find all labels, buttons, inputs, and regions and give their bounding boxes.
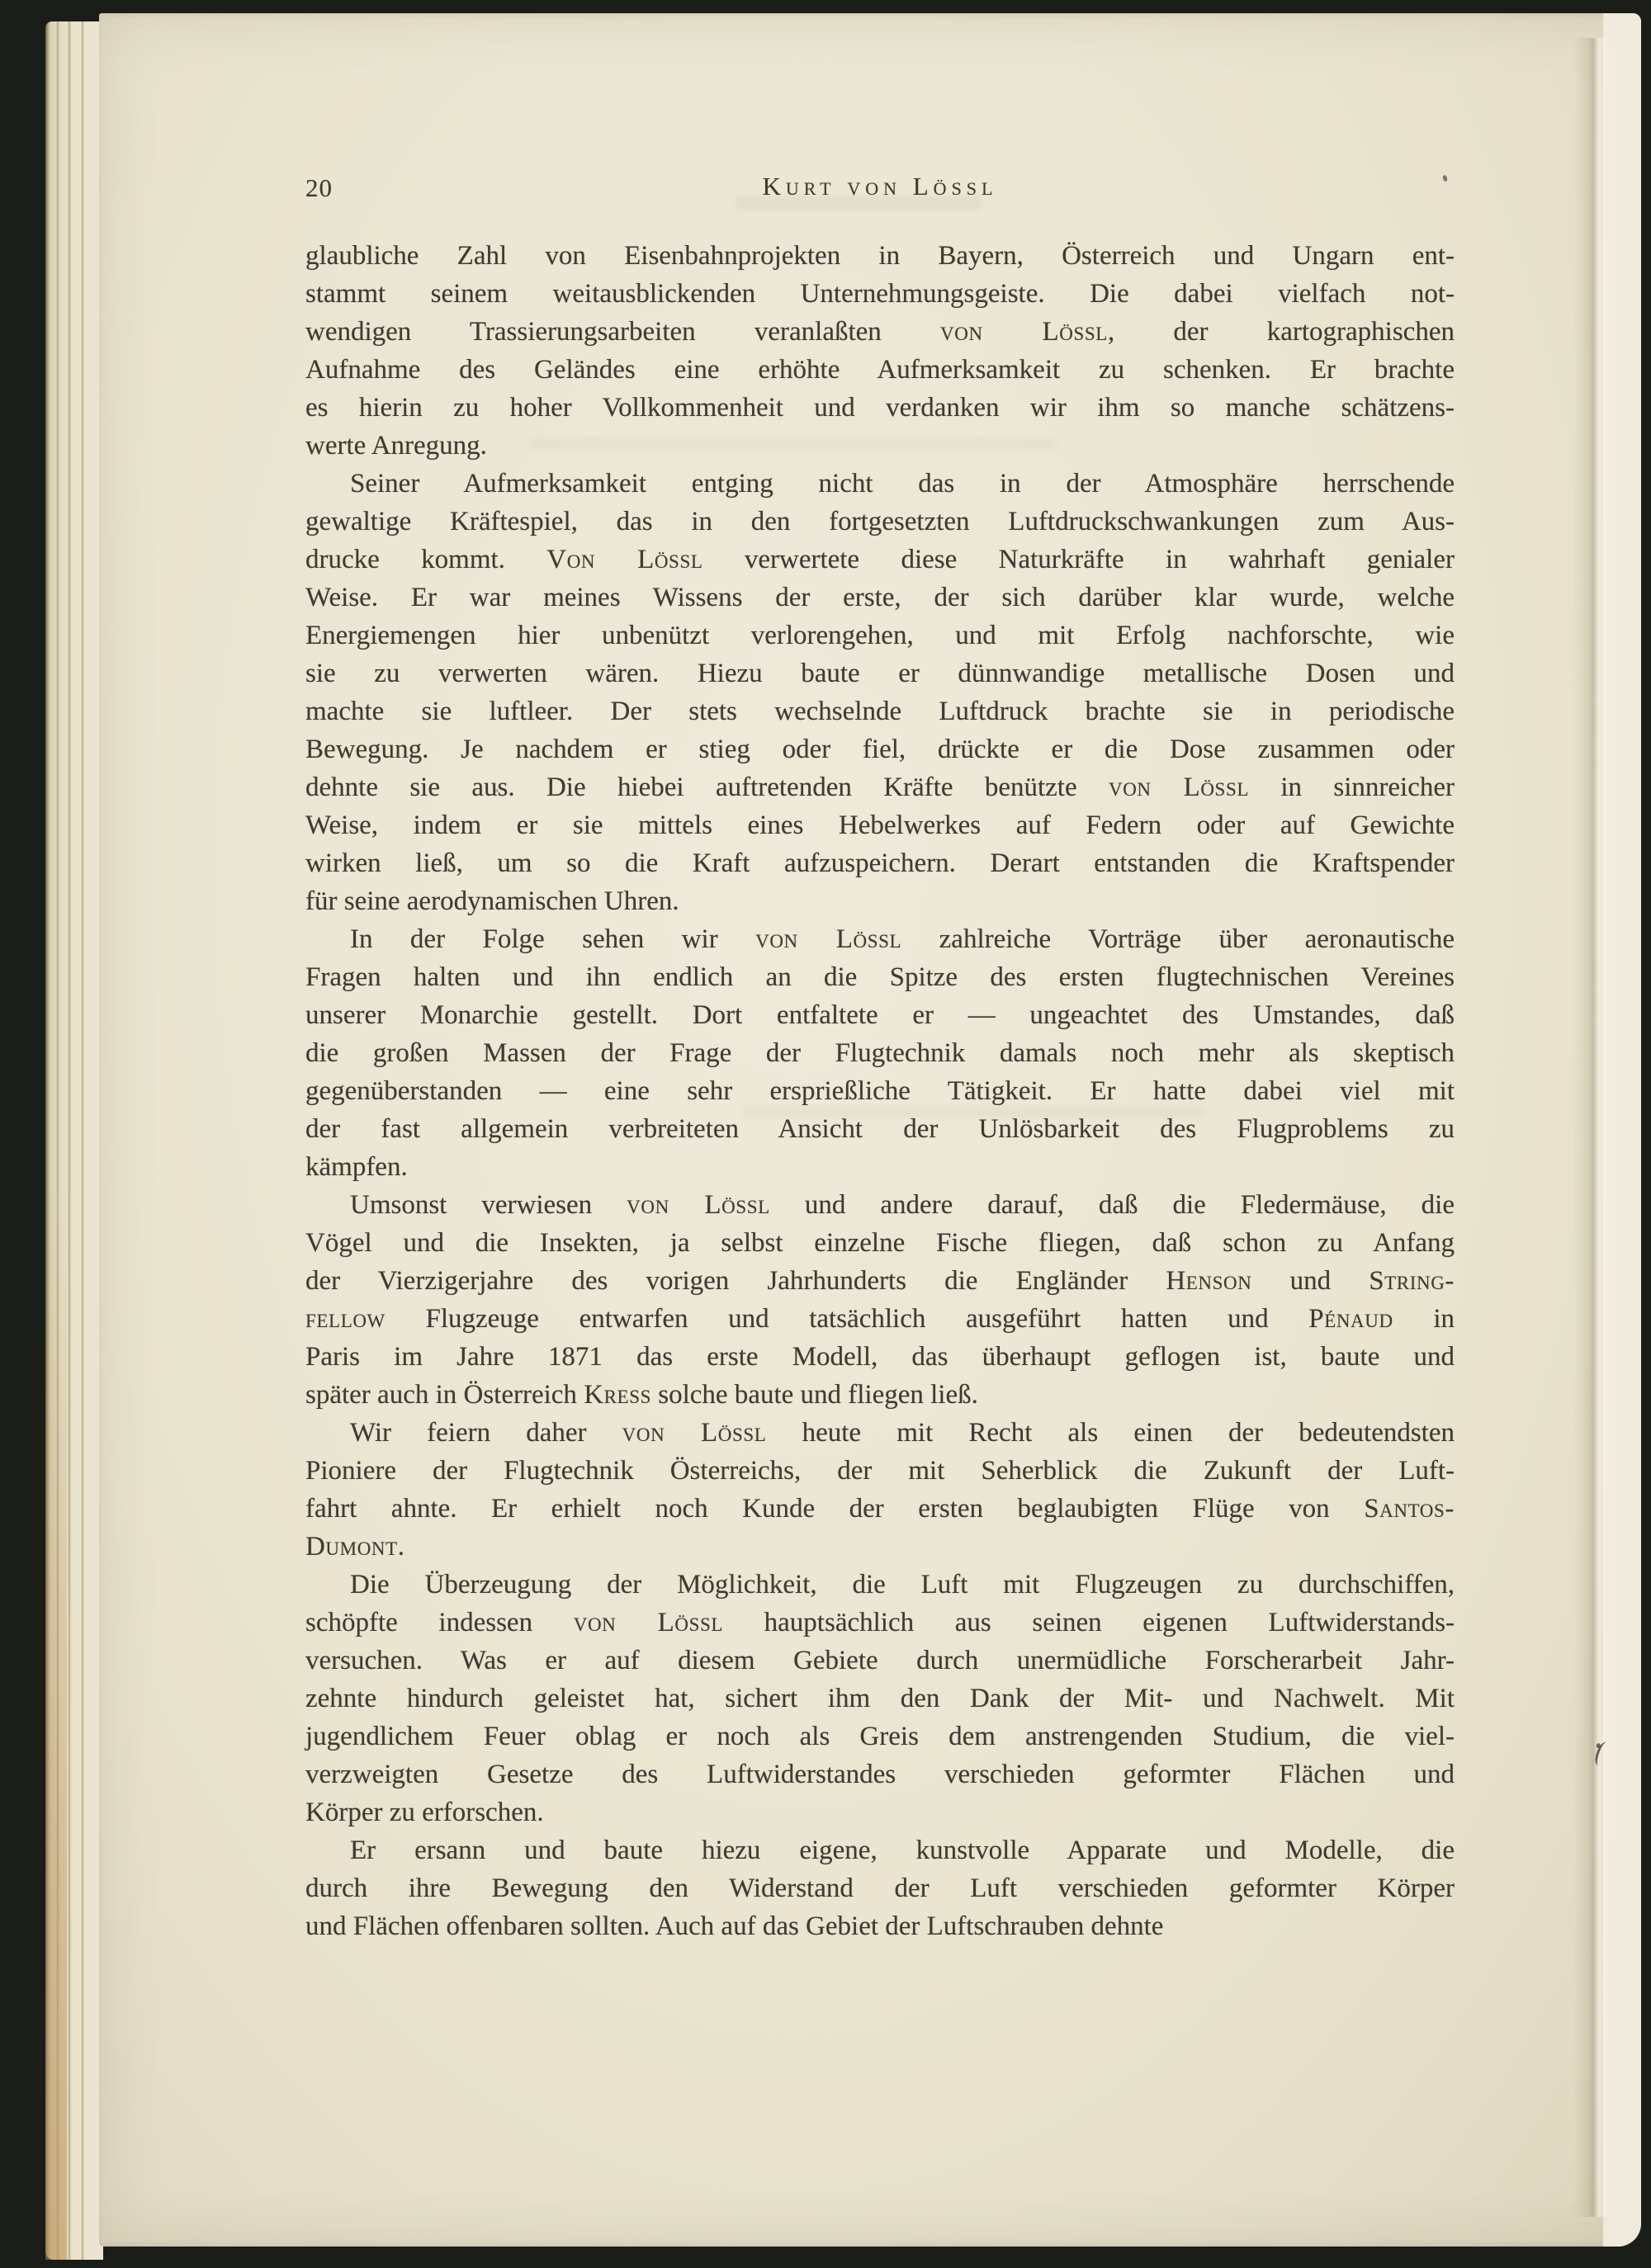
text-line: später auch in Österreich Kress solche b… <box>305 1376 1455 1414</box>
text-line: Energiemengen hier unbenützt verlorengeh… <box>305 617 1455 654</box>
small-caps-name: von Lössl <box>622 1418 767 1448</box>
text-line: fahrt ahnte. Er erhielt noch Kunde der e… <box>305 1490 1455 1528</box>
paragraph: glaubliche Zahl von Eisenbahnprojekten i… <box>305 237 1455 465</box>
text-line: versuchen. Was er auf diesem Gebiete dur… <box>305 1642 1455 1680</box>
text-line: wirken ließ, um so die Kraft aufzuspeich… <box>305 844 1455 882</box>
text-line: Vögel und die Insekten, ja selbst einzel… <box>305 1224 1455 1262</box>
text-line: der Vierzigerjahre des vorigen Jahrhunde… <box>305 1262 1455 1300</box>
bleedthrough-smudge <box>528 438 1057 449</box>
text-body: glaubliche Zahl von Eisenbahnprojekten i… <box>305 237 1455 1945</box>
text-line: zehnte hindurch geleistet hat, sichert i… <box>305 1680 1455 1718</box>
text-line: Körper zu erforschen. <box>305 1793 1455 1831</box>
small-caps-name: Kress <box>584 1380 651 1410</box>
text-line: Dumont. <box>305 1528 1455 1566</box>
text-line: Paris im Jahre 1871 das erste Modell, da… <box>305 1338 1455 1376</box>
text-line: verzweigten Gesetze des Luftwiderstandes… <box>305 1755 1455 1793</box>
text-line: Pioniere der Flugtechnik Österreichs, de… <box>305 1452 1455 1490</box>
text-line: Wir feiern daher von Lössl heute mit Rec… <box>305 1414 1455 1452</box>
bleedthrough-smudge <box>735 196 982 210</box>
text-line: es hierin zu hoher Vollkommenheit und ve… <box>305 389 1455 427</box>
small-caps-name: Santos- <box>1364 1494 1455 1524</box>
small-caps-name: von Lössl <box>1109 773 1249 802</box>
text-line: und Flächen offenbaren sollten. Auch auf… <box>305 1907 1455 1945</box>
text-line: wendigen Trassierungsarbeiten veranlaßte… <box>305 313 1455 351</box>
text-line: Die Überzeugung der Möglichkeit, die Luf… <box>305 1566 1455 1604</box>
ink-speck <box>495 789 499 792</box>
page-crease <box>1573 38 1610 2217</box>
text-line: Weise, indem er sie mittels eines Hebelw… <box>305 806 1455 844</box>
small-caps-name: Henson <box>1166 1266 1251 1296</box>
small-caps-name: Pénaud <box>1308 1304 1393 1334</box>
text-line: für seine aerodynamischen Uhren. <box>305 882 1455 920</box>
bleedthrough-smudge <box>743 1107 1205 1117</box>
text-line: drucke kommt. Von Lössl verwertete diese… <box>305 541 1455 579</box>
scanned-page: 20 Kurt von Lössl glaubliche Zahl von Ei… <box>99 13 1641 2247</box>
text-line: kämpfen. <box>305 1148 1455 1186</box>
paragraph: Die Überzeugung der Möglichkeit, die Luf… <box>305 1566 1455 1831</box>
text-line: jugendlichem Feuer oblag er noch als Gre… <box>305 1718 1455 1755</box>
text-line: In der Folge sehen wir von Lössl zahlrei… <box>305 920 1455 958</box>
small-caps-name: von Lössl <box>940 317 1108 347</box>
paragraph: In der Folge sehen wir von Lössl zahlrei… <box>305 920 1455 1186</box>
text-line: Bewegung. Je nachdem er stieg oder fiel,… <box>305 730 1455 768</box>
paragraph: Umsonst verwiesen von Lössl und andere d… <box>305 1186 1455 1414</box>
paragraph: Wir feiern daher von Lössl heute mit Rec… <box>305 1414 1455 1566</box>
text-line: unserer Monarchie gestellt. Dort entfalt… <box>305 996 1455 1034</box>
text-line: stammt seinem weitausblickenden Unterneh… <box>305 275 1455 313</box>
text-line: Aufnahme des Geländes eine erhöhte Aufme… <box>305 351 1455 389</box>
text-line: machte sie luftleer. Der stets wechselnd… <box>305 692 1455 730</box>
paragraph: Seiner Aufmerksamkeit entging nicht das … <box>305 465 1455 920</box>
small-caps-name: String- <box>1369 1266 1455 1296</box>
small-caps-name: von Lössl <box>574 1608 723 1637</box>
text-line: Fragen halten und ihn endlich an die Spi… <box>305 958 1455 996</box>
text-line: gewaltige Kräftespiel, das in den fortge… <box>305 503 1455 541</box>
small-caps-name: von Lössl <box>627 1190 770 1220</box>
text-line: sie zu verwerten wären. Hiezu baute er d… <box>305 654 1455 692</box>
book-page-edge-stack <box>45 21 103 2260</box>
paragraph: Er ersann und baute hiezu eigene, kunstv… <box>305 1831 1455 1945</box>
text-line: durch ihre Bewegung den Widerstand der L… <box>305 1869 1455 1907</box>
small-caps-name: Dumont <box>305 1532 398 1562</box>
text-line: Umsonst verwiesen von Lössl und andere d… <box>305 1186 1455 1224</box>
book-scan: { "colors": { "background": "#1a1d18", "… <box>0 0 1651 2268</box>
small-caps-name: fellow <box>305 1304 386 1334</box>
small-caps-name: von Lössl <box>755 924 901 954</box>
text-line: Weise. Er war meines Wissens der erste, … <box>305 579 1455 617</box>
text-line: fellow Flugzeuge entwarfen und tatsächli… <box>305 1300 1455 1338</box>
text-line: schöpfte indessen von Lössl hauptsächlic… <box>305 1604 1455 1642</box>
text-line: Er ersann und baute hiezu eigene, kunstv… <box>305 1831 1455 1869</box>
text-line: dehnte sie aus. Die hiebei auftretenden … <box>305 768 1455 806</box>
small-caps-name: Von Lössl <box>546 545 703 574</box>
text-line: Seiner Aufmerksamkeit entging nicht das … <box>305 465 1455 503</box>
text-line: glaubliche Zahl von Eisenbahnprojekten i… <box>305 237 1455 275</box>
text-line: die großen Massen der Frage der Flugtech… <box>305 1034 1455 1072</box>
text-line: gegenüberstanden — eine sehr ersprießlic… <box>305 1072 1455 1110</box>
